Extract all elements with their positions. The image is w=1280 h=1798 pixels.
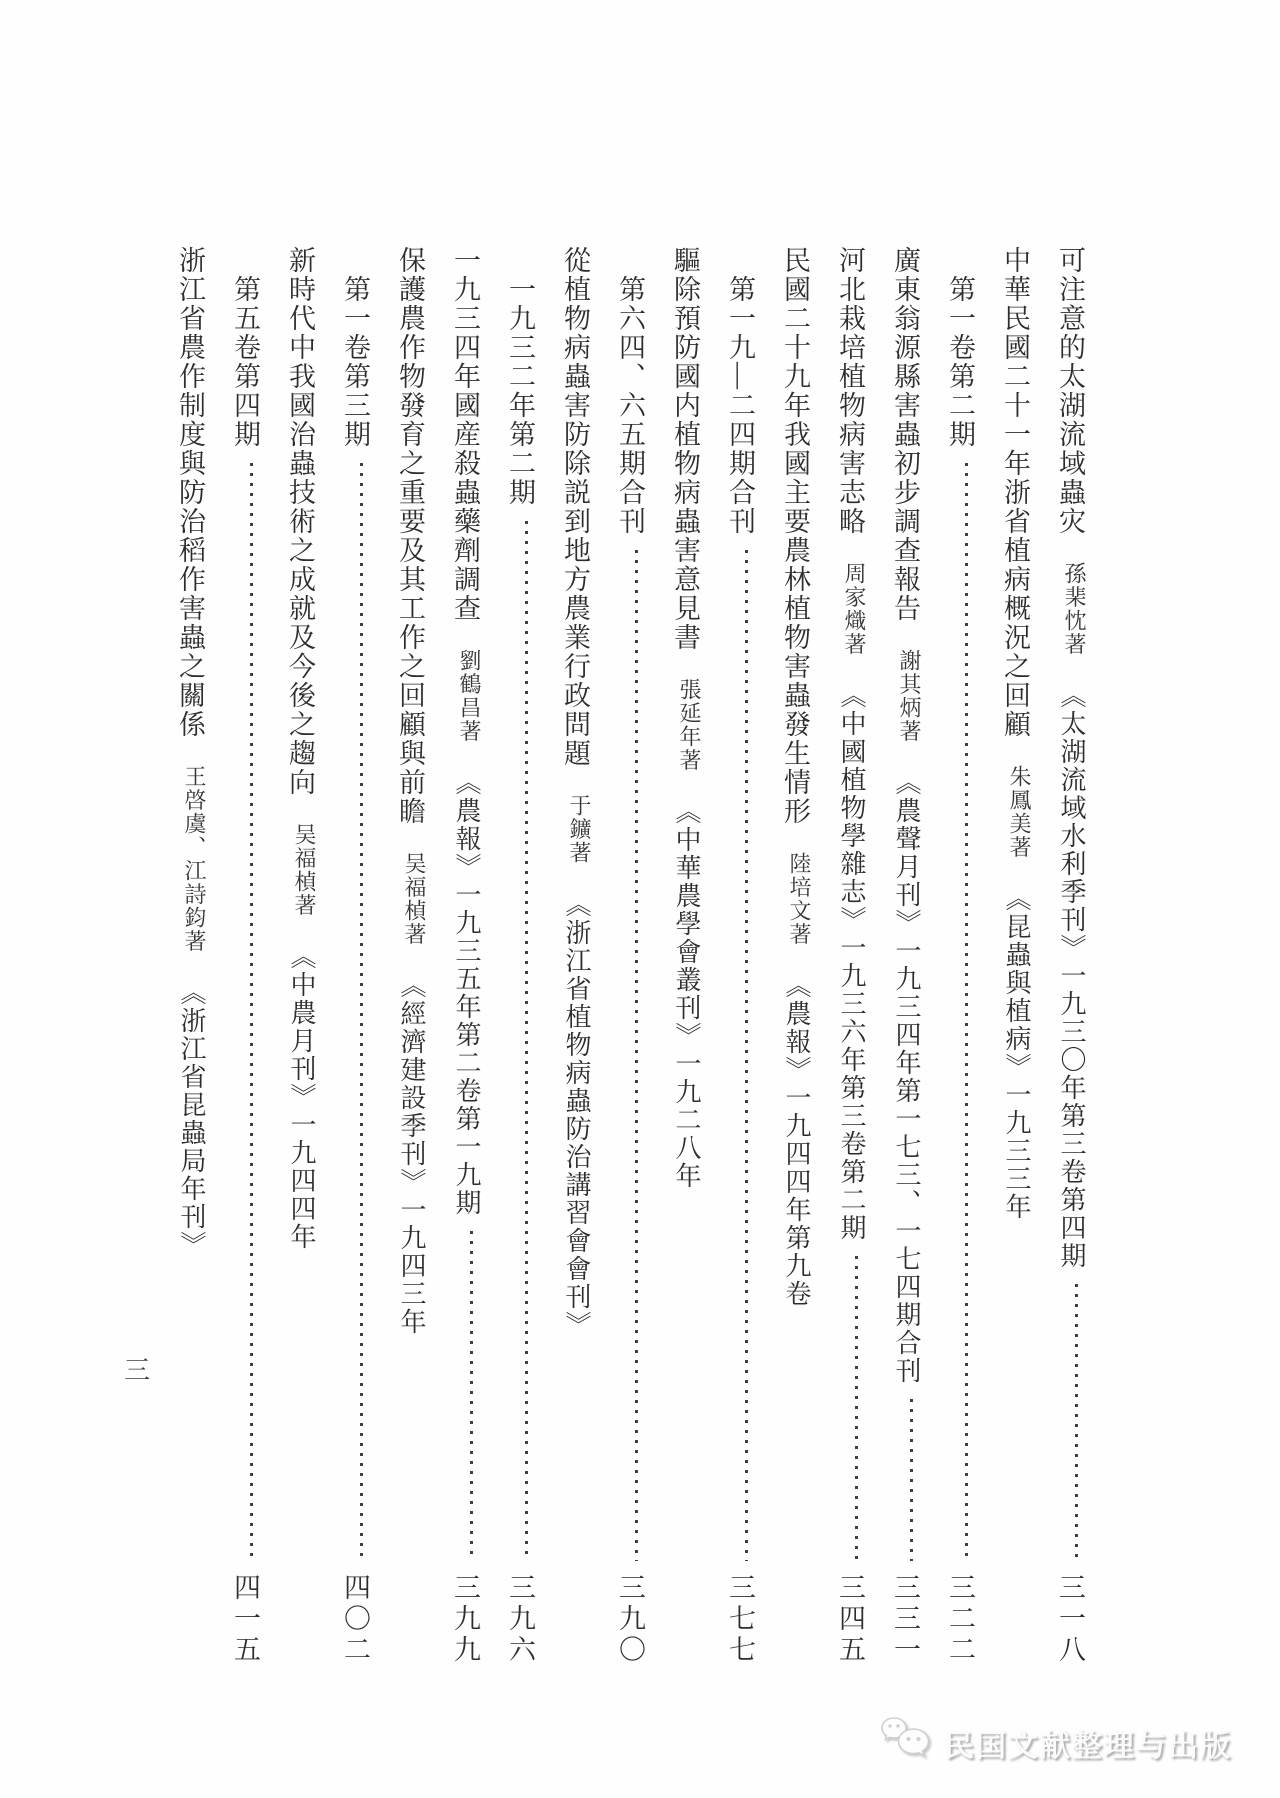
entry-author: 孫棐忱著 [1059, 562, 1090, 656]
dot-leader [458, 1229, 485, 1563]
dot-leader [238, 461, 265, 1563]
entry-author: 周家熾著 [839, 562, 870, 656]
entry-source: 《浙江省植物病蟲防治講習會會刊》 [558, 891, 595, 1339]
toc-entry: 中華民國二十一年浙省植病概況之回顧朱鳳美著《昆蟲與植病》一九三三年 [980, 246, 1035, 1666]
toc-entry: 驅除預防國内植物病蟲害意見書張延年著《中華農學會叢刊》一九二八年 [650, 246, 705, 1666]
entry-page: 三九〇 [611, 1573, 650, 1666]
entry-title: 中華民國二十一年浙省植病概況之回顧 [996, 246, 1035, 739]
entry-title: 可注意的太湖流域蟲灾 [1051, 246, 1090, 536]
toc-entry: 從植物病蟲害防除説到地方農業行政問題于鑛著《浙江省植物病蟲防治講習會會刊》 [540, 246, 595, 1666]
entry-title: 保護農作物發育之重要及其工作之回顧與前瞻 [391, 246, 430, 826]
dot-leader [623, 548, 650, 1563]
entry-source: 《經濟建設季刊》一九四三年 [393, 972, 430, 1336]
entry-title: 從植物病蟲害防除説到地方農業行政問題 [556, 246, 595, 768]
entry-author: 謝其炳著 [894, 649, 925, 743]
toc-entry: 第一卷第二期三二二 [925, 246, 980, 1666]
scanned-toc-page: 可注意的太湖流域蟲灾孫棐忱著《太湖流域水利季刊》一九三〇年第三卷第四期三一八中華… [0, 0, 1280, 1798]
entry-page: 三七七 [721, 1573, 760, 1666]
toc-entry: 浙江省農作制度與防治稻作害蟲之關係王啓虞、江詩鈞著《浙江省昆蟲局年刊》 [155, 246, 210, 1666]
entry-author: 吴福楨著 [289, 823, 320, 917]
entry-author: 朱鳳美著 [1004, 765, 1035, 859]
watermark-text: 民国文献整理与出版 [944, 1721, 1232, 1765]
toc-entry: 第五卷第四期四一五 [210, 246, 265, 1666]
dot-leader [733, 548, 760, 1563]
entry-title: 一九三二年第二期 [501, 275, 540, 507]
dot-leader [1063, 1282, 1090, 1563]
entry-source: 《中農月刊》一九四四年 [283, 943, 320, 1251]
entry-author: 王啓虞、江詩鈞著 [179, 765, 210, 953]
dot-leader [513, 519, 540, 1563]
entry-title: 廣東翁源縣害蟲初步調查報告 [886, 246, 925, 623]
toc-entry: 一九三四年國産殺蟲藥劑調查劉鶴昌著《農報》一九三五年第二卷第一九期三九九 [430, 246, 485, 1666]
entry-title: 第一卷第二期 [941, 275, 980, 449]
entry-title: 第五卷第四期 [226, 275, 265, 449]
toc-entry: 一九三二年第二期三九六 [485, 246, 540, 1666]
entry-source: 《農報》一九四四年第九卷 [778, 972, 815, 1308]
entry-title: 河北栽培植物病害志略 [831, 246, 870, 536]
toc-entry: 河北栽培植物病害志略周家熾著《中國植物學雜志》一九三六年第三卷第二期三四五 [815, 246, 870, 1666]
entry-author: 吴福楨著 [399, 852, 430, 946]
dot-leader [348, 461, 375, 1563]
dot-leader [953, 461, 980, 1563]
wechat-icon [880, 1716, 934, 1769]
toc-entry: 廣東翁源縣害蟲初步調查報告謝其炳著《農聲月刊》一九三四年第一七三、一七四期合刊三… [870, 246, 925, 1666]
entry-source: 《浙江省昆蟲局年刊》 [173, 979, 210, 1259]
page-folio: 三 [124, 1350, 152, 1387]
toc-columns: 可注意的太湖流域蟲灾孫棐忱著《太湖流域水利季刊》一九三〇年第三卷第四期三一八中華… [155, 246, 1090, 1666]
entry-title: 浙江省農作制度與防治稻作害蟲之關係 [171, 246, 210, 739]
entry-source: 《中華農學會叢刊》一九二八年 [668, 798, 705, 1190]
entry-author: 張延年著 [674, 678, 705, 772]
entry-title: 民國二十九年我國主要農林植物害蟲發生情形 [776, 246, 815, 826]
entry-page: 三一八 [1051, 1573, 1090, 1666]
entry-page: 三二二 [941, 1573, 980, 1666]
entry-page: 四一五 [226, 1573, 265, 1666]
entry-title: 驅除預防國内植物病蟲害意見書 [666, 246, 705, 652]
dot-leader [843, 1254, 870, 1563]
entry-title: 一九三四年國産殺蟲藥劑調查 [446, 246, 485, 623]
entry-source: 《昆蟲與植病》一九三三年 [998, 885, 1035, 1221]
watermark: 民国文献整理与出版 [880, 1716, 1232, 1769]
entry-source: 《農聲月刊》一九三四年第一七三、一七四期合刊 [888, 769, 925, 1385]
entry-page: 三三一 [886, 1573, 925, 1666]
dot-leader [898, 1397, 925, 1563]
toc-entry: 第六四、六五期合刊三九〇 [595, 246, 650, 1666]
toc-entry: 第一卷第三期四〇二 [320, 246, 375, 1666]
entry-page: 三九六 [501, 1573, 540, 1666]
entry-source: 《太湖流域水利季刊》一九三〇年第三卷第四期 [1053, 682, 1090, 1270]
entry-title: 第六四、六五期合刊 [611, 275, 650, 536]
toc-entry: 保護農作物發育之重要及其工作之回顧與前瞻吴福楨著《經濟建設季刊》一九四三年 [375, 246, 430, 1666]
toc-entry: 新時代中我國治蟲技術之成就及今後之趨向吴福楨著《中農月刊》一九四四年 [265, 246, 320, 1666]
toc-entry: 第一九—二四期合刊三七七 [705, 246, 760, 1666]
entry-page: 三四五 [831, 1573, 870, 1666]
entry-title: 第一九—二四期合刊 [721, 275, 760, 536]
entry-author: 于鑛著 [564, 794, 595, 865]
toc-entry: 可注意的太湖流域蟲灾孫棐忱著《太湖流域水利季刊》一九三〇年第三卷第四期三一八 [1035, 246, 1090, 1666]
entry-source: 《農報》一九三五年第二卷第一九期 [448, 769, 485, 1217]
entry-title: 新時代中我國治蟲技術之成就及今後之趨向 [281, 246, 320, 797]
entry-title: 第一卷第三期 [336, 275, 375, 449]
entry-page: 四〇二 [336, 1573, 375, 1666]
toc-entry: 民國二十九年我國主要農林植物害蟲發生情形陸培文著《農報》一九四四年第九卷 [760, 246, 815, 1666]
entry-author: 陸培文著 [784, 852, 815, 946]
entry-author: 劉鶴昌著 [454, 649, 485, 743]
entry-page: 三九九 [446, 1573, 485, 1666]
entry-source: 《中國植物學雜志》一九三六年第三卷第二期 [833, 682, 870, 1242]
